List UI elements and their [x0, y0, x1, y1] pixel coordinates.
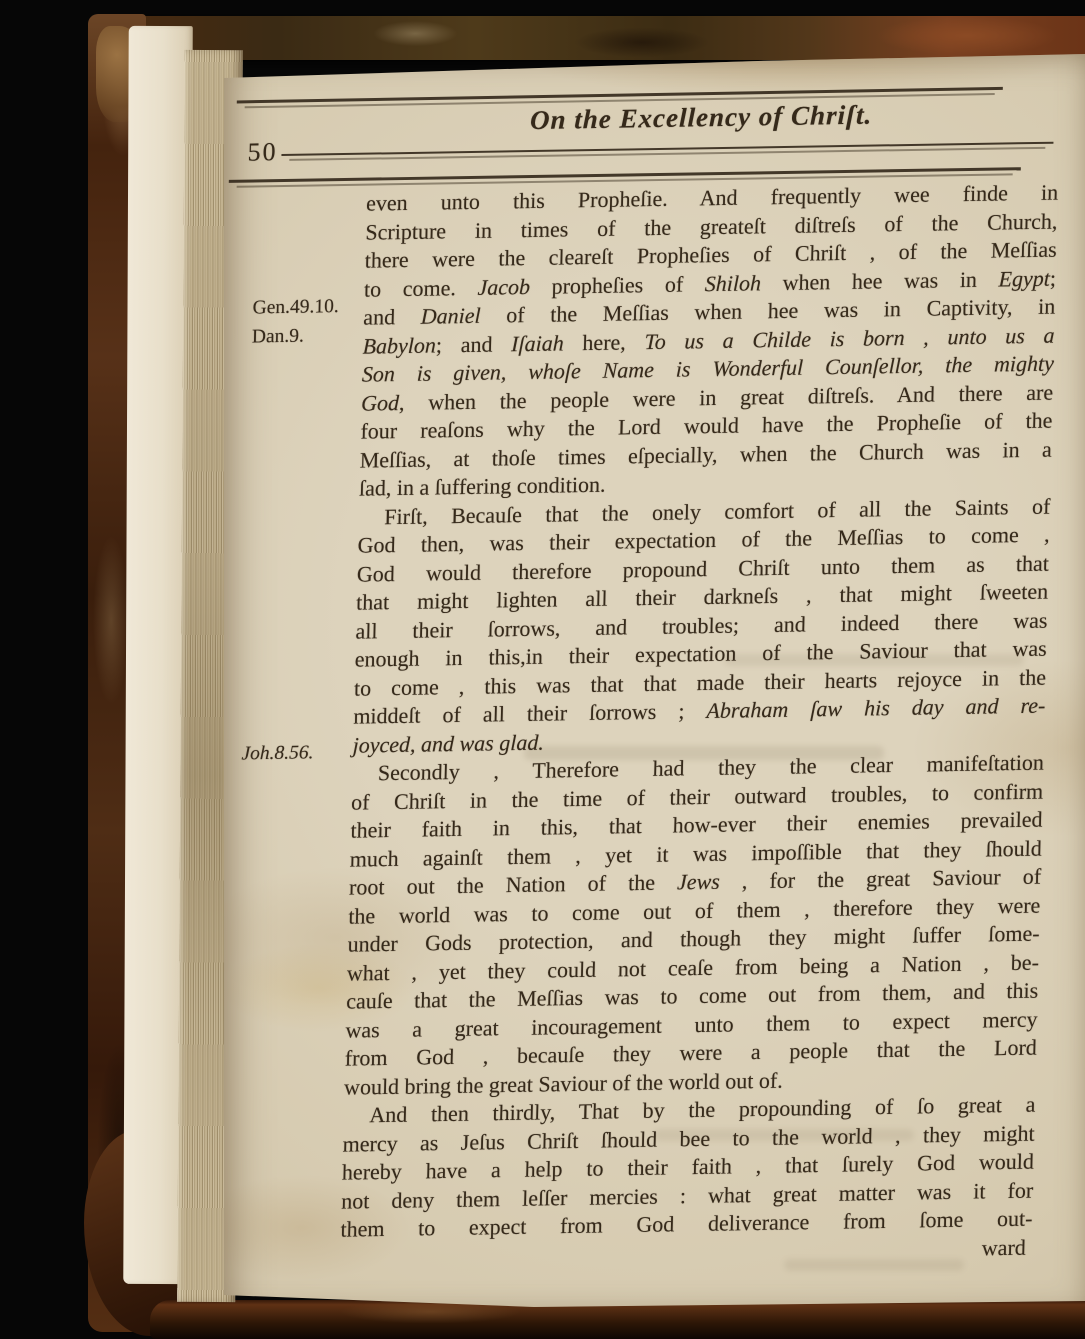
body-paragraph: Firſt, Becauſe that the onely comfort of…: [352, 492, 1050, 760]
photo-background: { "colors": { "background": "#060606", "…: [0, 0, 1085, 1339]
margin-note-line: Gen.49.10.: [252, 292, 339, 322]
header-rule-middle: [281, 142, 1053, 156]
margin-notes: Gen.49.10.Dan.9.Joh.8.56.: [256, 190, 374, 192]
text-block: even unto this Propheſie. And frequently…: [339, 179, 1058, 1273]
body-paragraph: even unto this Propheſie. And frequently…: [359, 179, 1059, 504]
printed-area: On the Excellency of Chriſt. 50 Gen.49.1…: [192, 40, 1085, 1316]
margin-note-line: Joh.8.56.: [241, 738, 314, 768]
margin-note-line: Dan.9.: [252, 321, 339, 351]
leather-binding-top-edge: [100, 16, 1085, 60]
body-paragraph: And then thirdly, That by the propoundin…: [340, 1091, 1036, 1245]
book-page: On the Excellency of Chriſt. 50 Gen.49.1…: [224, 54, 1085, 1316]
margin-note: Joh.8.56.: [241, 738, 314, 768]
page-number: 50: [247, 137, 278, 167]
body-paragraph: Secondly , Therefore had they the clear …: [344, 749, 1045, 1102]
margin-note: Gen.49.10.Dan.9.: [252, 292, 340, 351]
